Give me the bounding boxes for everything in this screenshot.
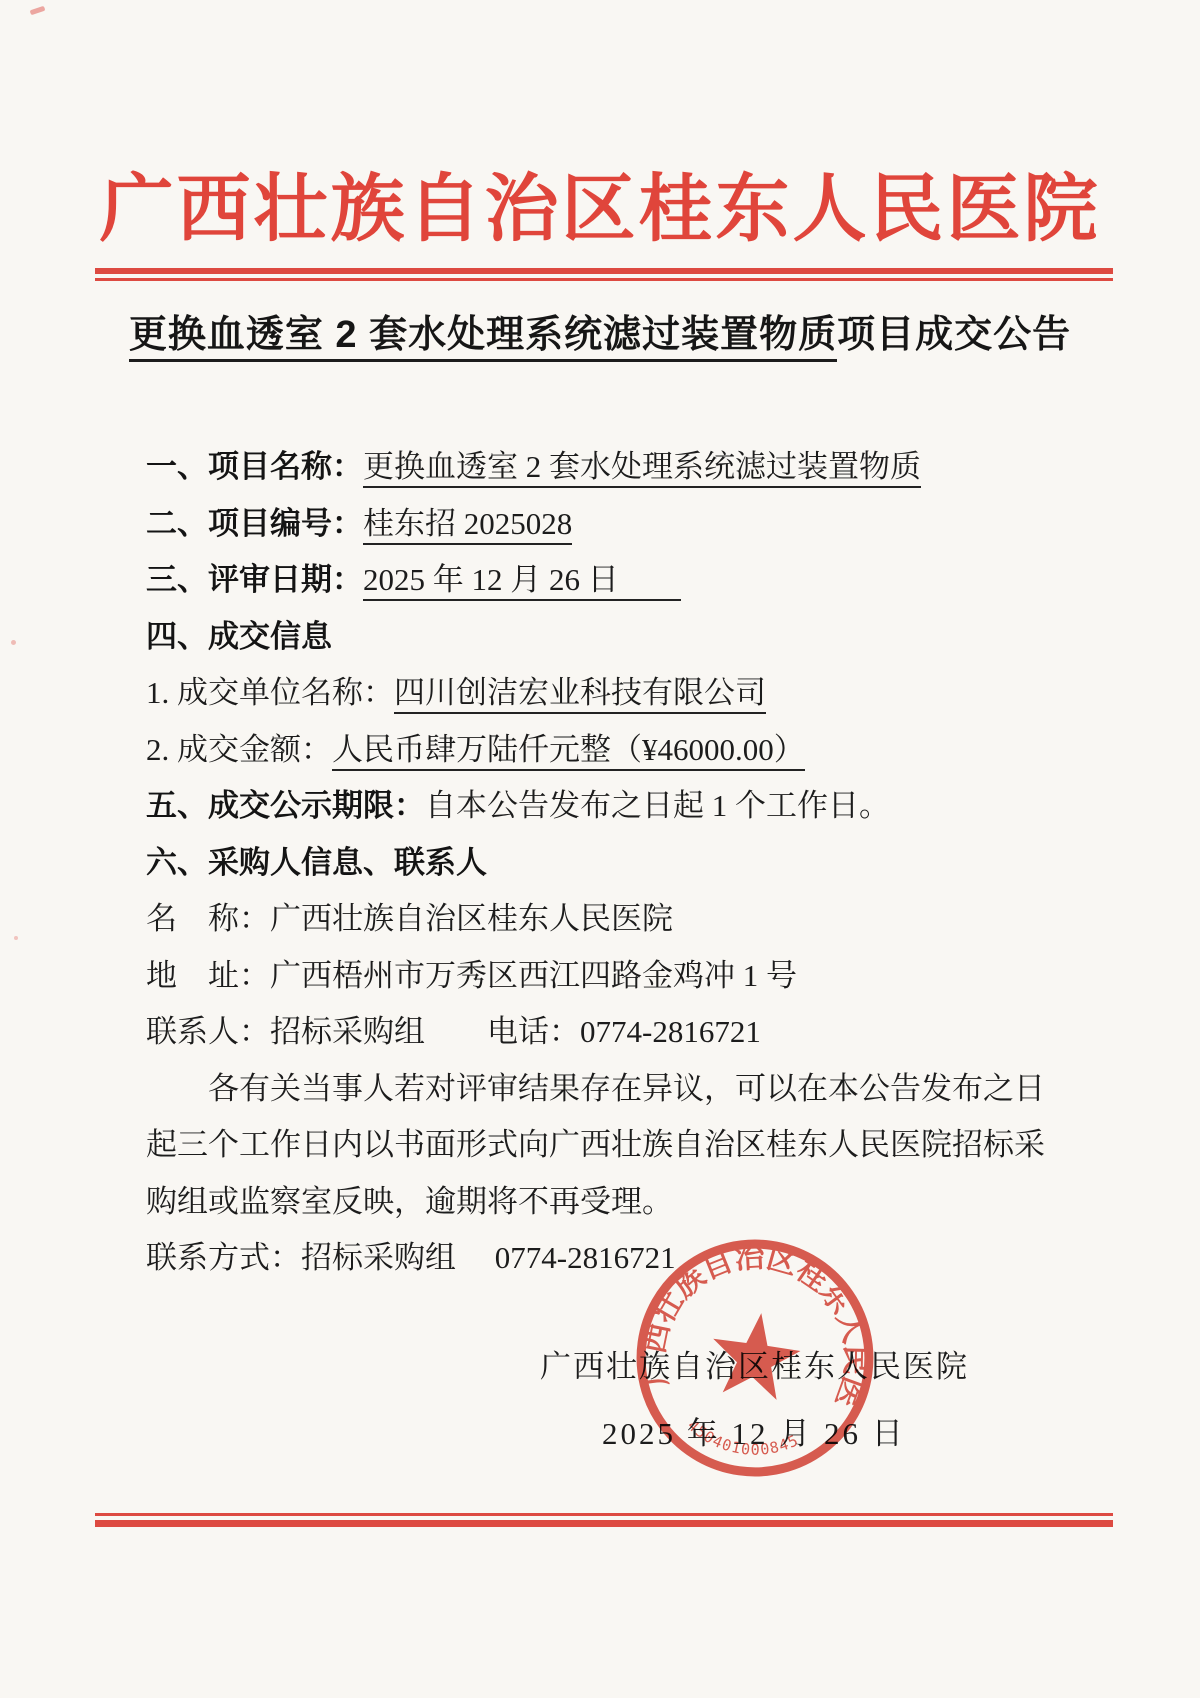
official-seal-stamp: 广西壮族自治区桂东人民医院 450401000845 [613,1216,898,1501]
paragraph-line: 各有关当事人若对评审结果存在异议，可以在本公告发布之日 [146,1061,1064,1118]
svg-text:广西壮族自治区桂东人民医院: 广西壮族自治区桂东人民医院 [613,1216,894,1420]
line-value: 广西梧州市万秀区西江四路金鸡冲 1 号 [270,958,797,993]
line-label: 一、项目名称： [146,449,363,484]
contact-line: 联系方式：招标采购组 0774-2816721 [146,1230,1064,1287]
line-label: 三、评审日期： [146,562,363,597]
line-label: 四、成交信息 [146,619,332,654]
header-rule-thin [95,278,1113,281]
line-value: 桂东招 2025028 [363,506,572,545]
body-line: 名 称：广西壮族自治区桂东人民医院 [146,891,1064,948]
line-value: 招标采购组 电话：0774-2816721 [270,1014,761,1049]
line-value: 四川创洁宏业科技有限公司 [394,675,766,714]
body-line: 联系人：招标采购组 电话：0774-2816721 [146,1004,1064,1061]
body-line: 三、评审日期：2025 年 12 月 26 日 [146,552,1064,609]
announcement-title-underlined: 更换血透室 2 套水处理系统滤过装置物质 [129,314,837,362]
seal-star-icon [706,1307,805,1402]
scan-artifact [11,640,16,645]
body-line: 2. 成交金额：人民币肆万陆仟元整（¥46000.00） [146,722,1064,779]
body-line: 二、项目编号：桂东招 2025028 [146,496,1064,553]
line-label: 五、成交公示期限： [146,788,425,823]
line-value: 广西壮族自治区桂东人民医院 [270,901,673,936]
line-value: 2025 年 12 月 26 日 [363,562,681,601]
body-line: 1. 成交单位名称：四川创洁宏业科技有限公司 [146,665,1064,722]
line-value: 人民币肆万陆仟元整（¥46000.00） [332,732,805,771]
body-line: 一、项目名称：更换血透室 2 套水处理系统滤过装置物质 [146,439,1064,496]
header-rule-thick [95,268,1113,274]
document-page: 广西壮族自治区桂东人民医院 更换血透室 2 套水处理系统滤过装置物质项目成交公告… [0,0,1200,1698]
announcement-title-rest: 项目成交公告 [837,314,1071,356]
line-label: 2. 成交金额： [146,732,332,767]
scan-artifact [30,6,46,15]
line-value: 自本公告发布之日起 1 个工作日。 [425,788,890,823]
body-line: 六、采购人信息、联系人 [146,835,1064,892]
paragraph-line: 购组或监察室反映，逾期将不再受理。 [146,1174,1064,1231]
body-lines: 一、项目名称：更换血透室 2 套水处理系统滤过装置物质二、项目编号：桂东招 20… [146,439,1064,1061]
footer-rule-thick [95,1520,1113,1527]
body-line: 五、成交公示期限：自本公告发布之日起 1 个工作日。 [146,778,1064,835]
line-label: 1. 成交单位名称： [146,675,394,710]
announcement-title: 更换血透室 2 套水处理系统滤过装置物质项目成交公告 [0,303,1200,358]
line-label: 地 址： [146,958,270,993]
line-label: 六、采购人信息、联系人 [146,845,487,880]
scan-artifact [14,936,18,940]
body-text: 一、项目名称：更换血透室 2 套水处理系统滤过装置物质二、项目编号：桂东招 20… [146,439,1064,1287]
seal-ring-text: 广西壮族自治区桂东人民医院 [613,1216,894,1420]
paragraph-lines: 各有关当事人若对评审结果存在异议，可以在本公告发布之日起三个工作日内以书面形式向… [146,1061,1064,1231]
line-value: 更换血透室 2 套水处理系统滤过装置物质 [363,449,921,488]
hospital-name-header: 广西壮族自治区桂东人民医院 [0,150,1200,256]
footer-rule-thin [95,1513,1113,1516]
contact-line-text: 联系方式：招标采购组 0774-2816721 [146,1240,676,1275]
line-label: 二、项目编号： [146,506,363,541]
line-label: 联系人： [146,1014,270,1049]
paragraph-line: 起三个工作日内以书面形式向广西壮族自治区桂东人民医院招标采 [146,1117,1064,1174]
line-label: 名 称： [146,901,270,936]
body-line: 四、成交信息 [146,609,1064,666]
body-line: 地 址：广西梧州市万秀区西江四路金鸡冲 1 号 [146,948,1064,1005]
